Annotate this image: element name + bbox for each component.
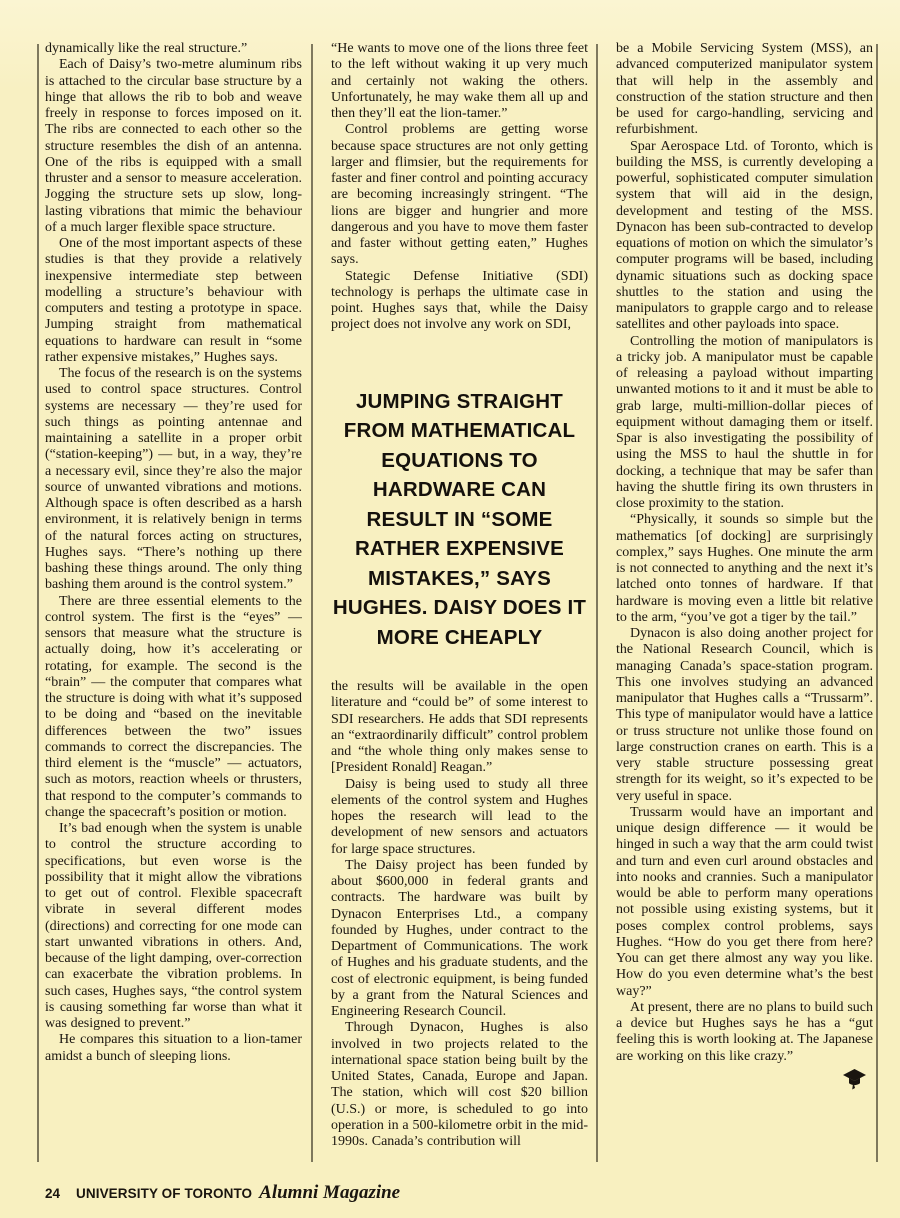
- column-2-upper-text: “He wants to move one of the lions three…: [331, 41, 588, 334]
- paragraph: Through Dynacon, Hughes is also involved…: [331, 1020, 588, 1150]
- paragraph: Dynacon is also doing another project fo…: [616, 626, 873, 805]
- paragraph: There are three essential elements to th…: [45, 594, 302, 822]
- paragraph: the results will be available in the ope…: [331, 679, 588, 777]
- paragraph: The Daisy project has been funded by abo…: [331, 858, 588, 1021]
- column-3-text: be a Mobile Servicing System (MSS), an a…: [616, 41, 873, 1065]
- column-rule-left: [37, 44, 39, 1162]
- paragraph: The focus of the research is on the syst…: [45, 366, 302, 594]
- paragraph: Trussarm would have an important and uni…: [616, 805, 873, 1000]
- paragraph: He compares this situation to a lion-tam…: [45, 1032, 302, 1065]
- publication-name: UNIVERSITY OF TORONTO: [76, 1186, 252, 1201]
- paragraph: “Physically, it sounds so simple but the…: [616, 512, 873, 626]
- mortarboard-icon: [616, 1068, 873, 1091]
- article-column-3: be a Mobile Servicing System (MSS), an a…: [616, 41, 873, 1171]
- column-2-lower-text: the results will be available in the ope…: [331, 679, 588, 1150]
- pull-quote: JUMPING STRAIGHT FROM MATHEMATICAL EQUAT…: [331, 387, 588, 653]
- paragraph: Control problems are getting worse becau…: [331, 122, 588, 268]
- page-number: 24: [45, 1186, 60, 1201]
- paragraph: One of the most important aspects of the…: [45, 236, 302, 366]
- column-rule-mid-left: [311, 44, 313, 1162]
- magazine-page: dynamically like the real structure.”Eac…: [0, 0, 900, 1218]
- paragraph: Daisy is being used to study all three e…: [331, 777, 588, 858]
- page-footer: 24 UNIVERSITY OF TORONTO Alumni Magazine: [45, 1182, 400, 1204]
- paragraph: dynamically like the real structure.”: [45, 41, 302, 57]
- paragraph: be a Mobile Servicing System (MSS), an a…: [616, 41, 873, 139]
- paragraph: “He wants to move one of the lions three…: [331, 41, 588, 122]
- paragraph: Each of Daisy’s two-metre aluminum ribs …: [45, 57, 302, 236]
- paragraph: At present, there are no plans to build …: [616, 1000, 873, 1065]
- paragraph: It’s bad enough when the system is unabl…: [45, 821, 302, 1032]
- paragraph: Spar Aerospace Ltd. of Toronto, which is…: [616, 139, 873, 334]
- paragraph: Controlling the motion of manipulators i…: [616, 334, 873, 513]
- column-rule-mid-right: [596, 44, 598, 1162]
- article-column-2: “He wants to move one of the lions three…: [331, 41, 588, 1171]
- magazine-title: Alumni Magazine: [259, 1182, 400, 1204]
- article-column-1: dynamically like the real structure.”Eac…: [45, 41, 302, 1171]
- paragraph: Stategic Defense Initiative (SDI) techno…: [331, 269, 588, 334]
- column-rule-right: [876, 44, 878, 1162]
